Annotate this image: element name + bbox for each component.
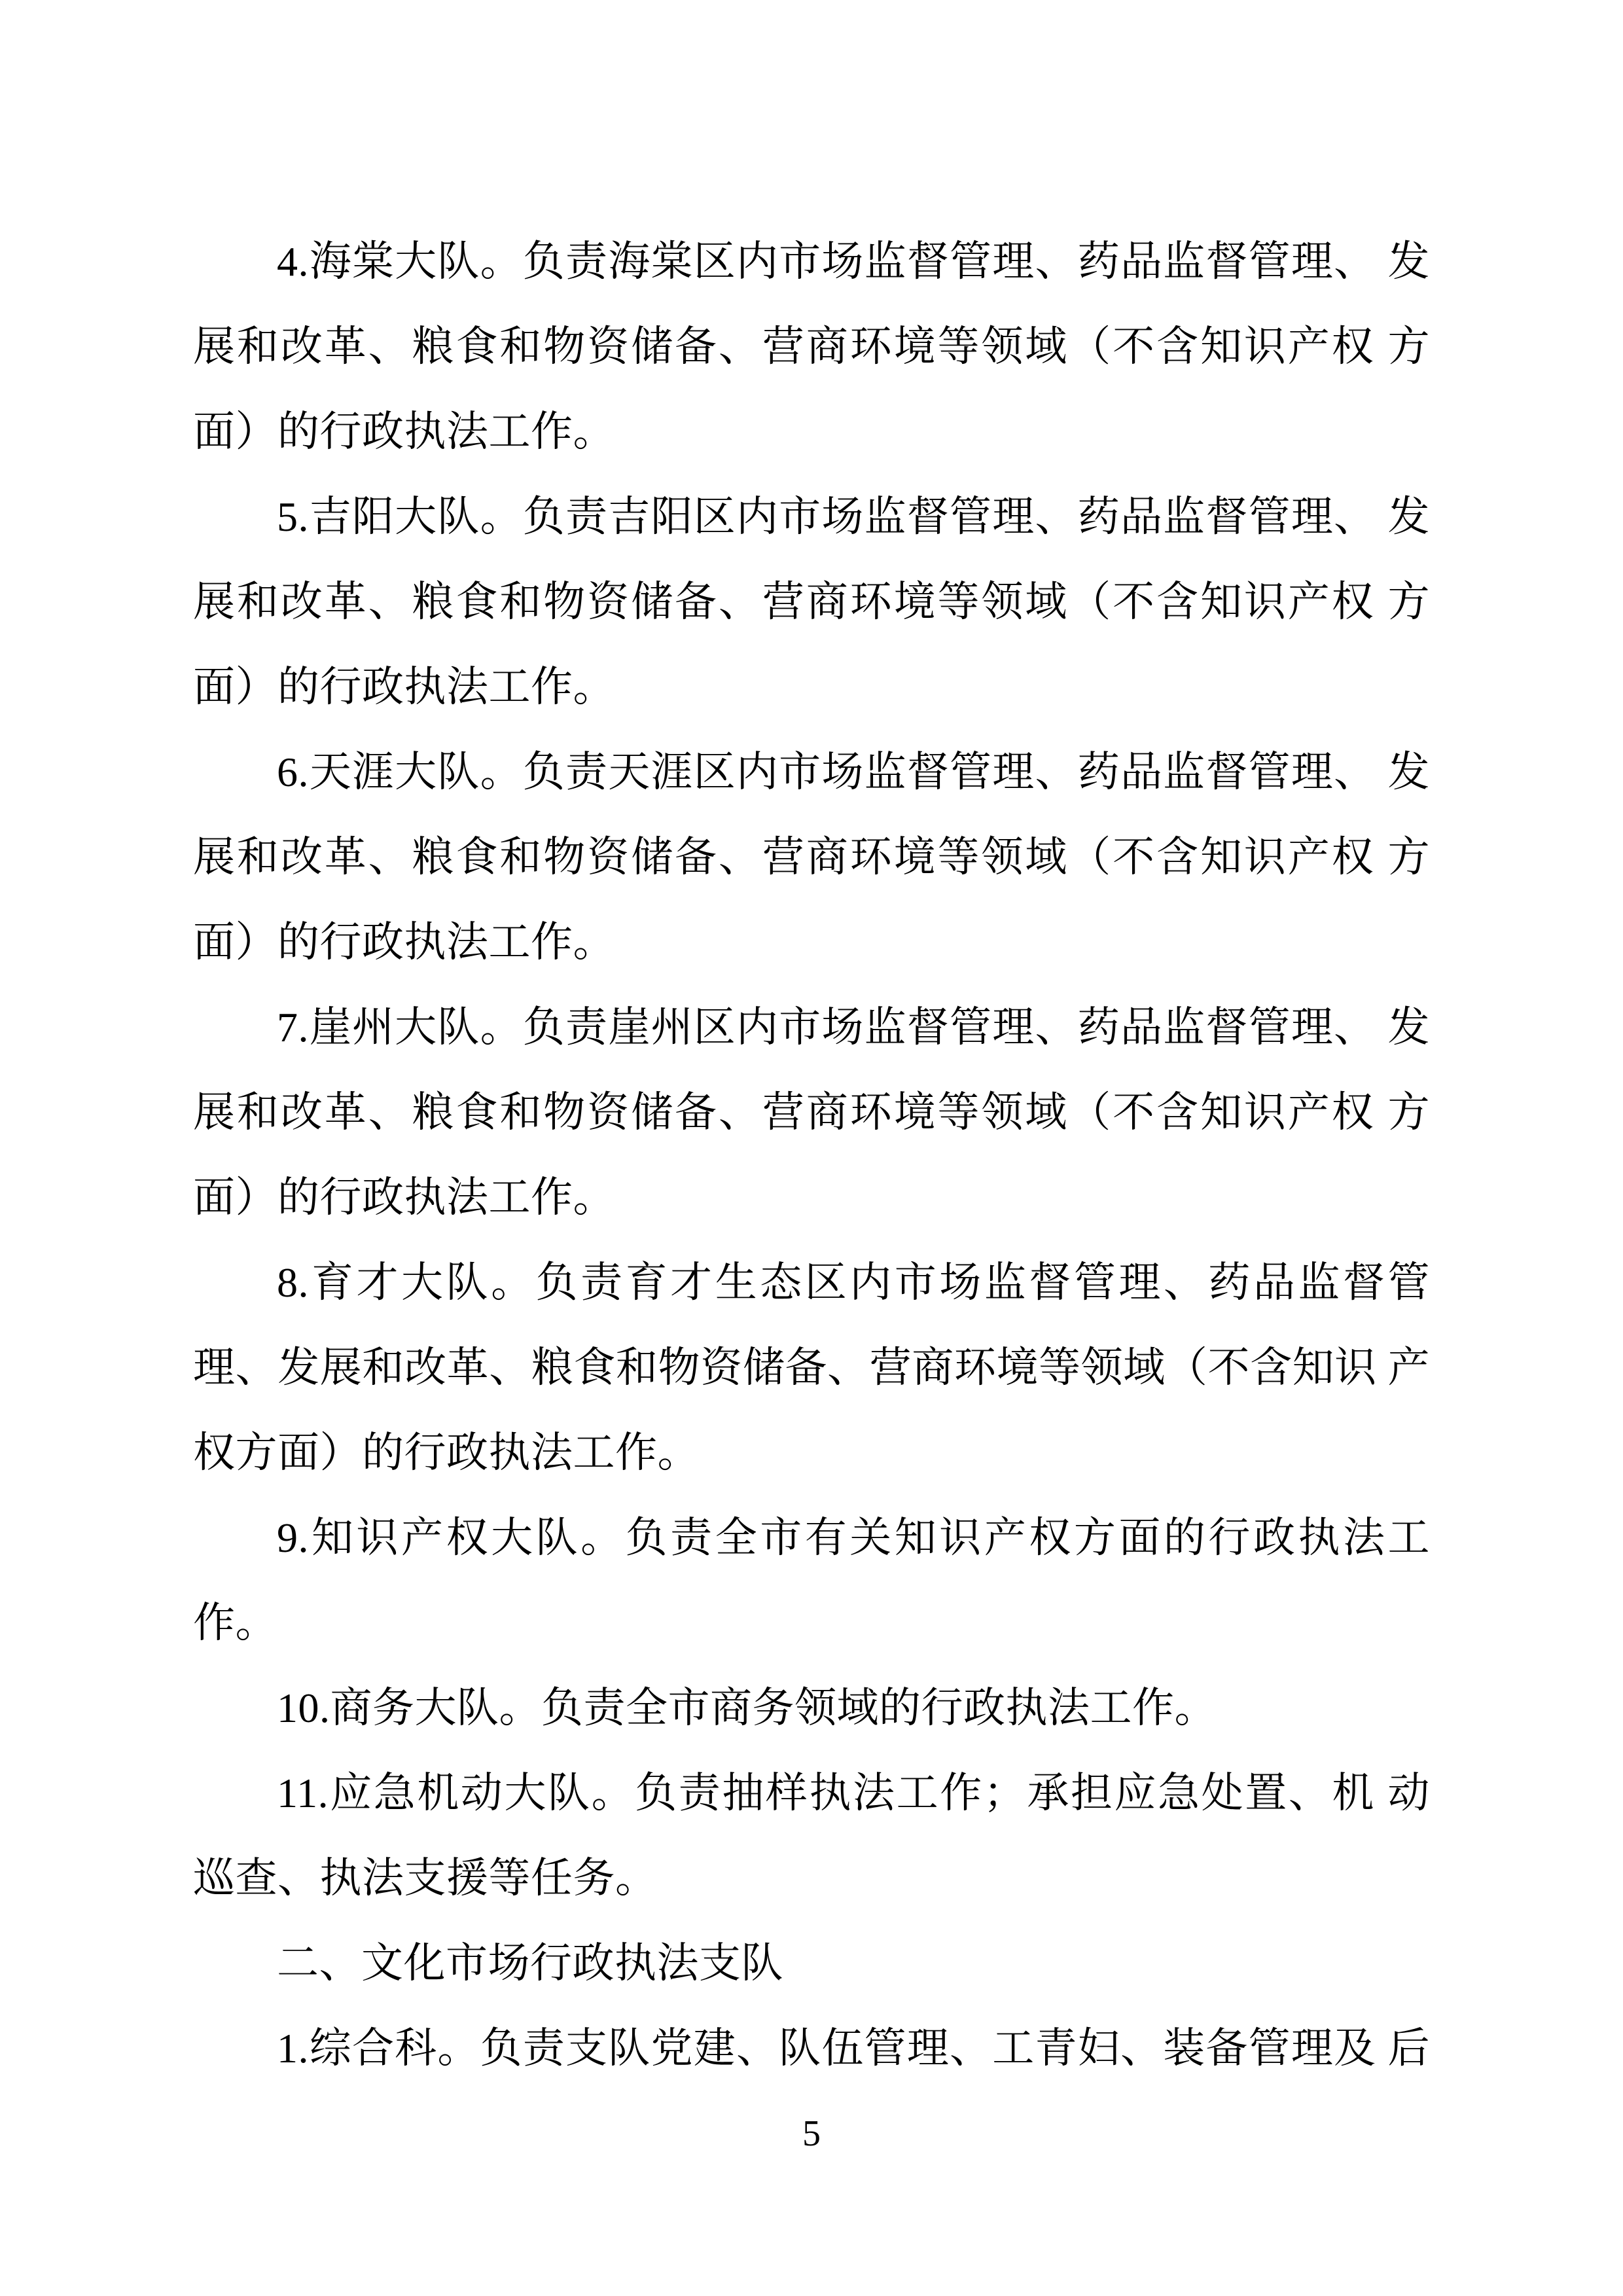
text-line: 6.天涯大队。负责天涯区内市场监督管理、药品监督管理、 发	[193, 730, 1430, 815]
text-line: 4.海棠大队。负责海棠区内市场监督管理、药品监督管理、 发	[193, 219, 1430, 304]
paragraph-item-10: 10.商务大队。负责全市商务领域的行政执法工作。	[193, 1666, 1430, 1751]
text-line: 巡查、执法支援等任务。	[193, 1836, 1430, 1921]
text-line: 10.商务大队。负责全市商务领域的行政执法工作。	[193, 1666, 1430, 1751]
heading-line: 二、文化市场行政执法支队	[193, 1921, 1430, 2006]
text-line: 7.崖州大队。负责崖州区内市场监督管理、药品监督管理、 发	[193, 985, 1430, 1070]
text-line: 8.育才大队。负责育才生态区内市场监督管理、药品监督管	[193, 1240, 1430, 1325]
paragraph-item-4: 4.海棠大队。负责海棠区内市场监督管理、药品监督管理、 发 展和改革、粮食和物资…	[193, 219, 1430, 475]
page-number: 5	[0, 2113, 1623, 2155]
text-line: 面）的行政执法工作。	[193, 389, 1430, 475]
text-line: 展和改革、粮食和物资储备、营商环境等领域（不含知识产权 方	[193, 560, 1430, 645]
text-line: 面）的行政执法工作。	[193, 645, 1430, 730]
text-line: 5.吉阳大队。负责吉阳区内市场监督管理、药品监督管理、 发	[193, 475, 1430, 560]
section-heading-culture-market: 二、文化市场行政执法支队	[193, 1921, 1430, 2006]
text-line: 理、发展和改革、粮食和物资储备、营商环境等领域（不含知识 产	[193, 1325, 1430, 1410]
text-line: 9.知识产权大队。负责全市有关知识产权方面的行政执法工	[193, 1496, 1430, 1581]
paragraph-item-8: 8.育才大队。负责育才生态区内市场监督管理、药品监督管 理、发展和改革、粮食和物…	[193, 1240, 1430, 1496]
paragraph-item-5: 5.吉阳大队。负责吉阳区内市场监督管理、药品监督管理、 发 展和改革、粮食和物资…	[193, 475, 1430, 730]
document-page: 4.海棠大队。负责海棠区内市场监督管理、药品监督管理、 发 展和改革、粮食和物资…	[0, 0, 1623, 2296]
document-body: 4.海棠大队。负责海棠区内市场监督管理、药品监督管理、 发 展和改革、粮食和物资…	[193, 219, 1430, 2091]
paragraph-item-2-1: 1.综合科。负责支队党建、队伍管理、工青妇、装备管理及 后	[193, 2006, 1430, 2091]
paragraph-item-6: 6.天涯大队。负责天涯区内市场监督管理、药品监督管理、 发 展和改革、粮食和物资…	[193, 730, 1430, 985]
text-line: 展和改革、粮食和物资储备、营商环境等领域（不含知识产权 方	[193, 815, 1430, 900]
text-line: 面）的行政执法工作。	[193, 1155, 1430, 1240]
paragraph-item-9: 9.知识产权大队。负责全市有关知识产权方面的行政执法工 作。	[193, 1496, 1430, 1666]
text-line: 展和改革、粮食和物资储备、营商环境等领域（不含知识产权 方	[193, 1070, 1430, 1155]
text-line: 1.综合科。负责支队党建、队伍管理、工青妇、装备管理及 后	[193, 2006, 1430, 2091]
text-line: 11.应急机动大队。负责抽样执法工作；承担应急处置、机 动	[193, 1751, 1430, 1836]
text-line: 作。	[193, 1581, 1430, 1666]
text-line: 权方面）的行政执法工作。	[193, 1410, 1430, 1496]
text-line: 展和改革、粮食和物资储备、营商环境等领域（不含知识产权 方	[193, 304, 1430, 389]
paragraph-item-11: 11.应急机动大队。负责抽样执法工作；承担应急处置、机 动 巡查、执法支援等任务…	[193, 1751, 1430, 1921]
paragraph-item-7: 7.崖州大队。负责崖州区内市场监督管理、药品监督管理、 发 展和改革、粮食和物资…	[193, 985, 1430, 1240]
text-line: 面）的行政执法工作。	[193, 900, 1430, 985]
